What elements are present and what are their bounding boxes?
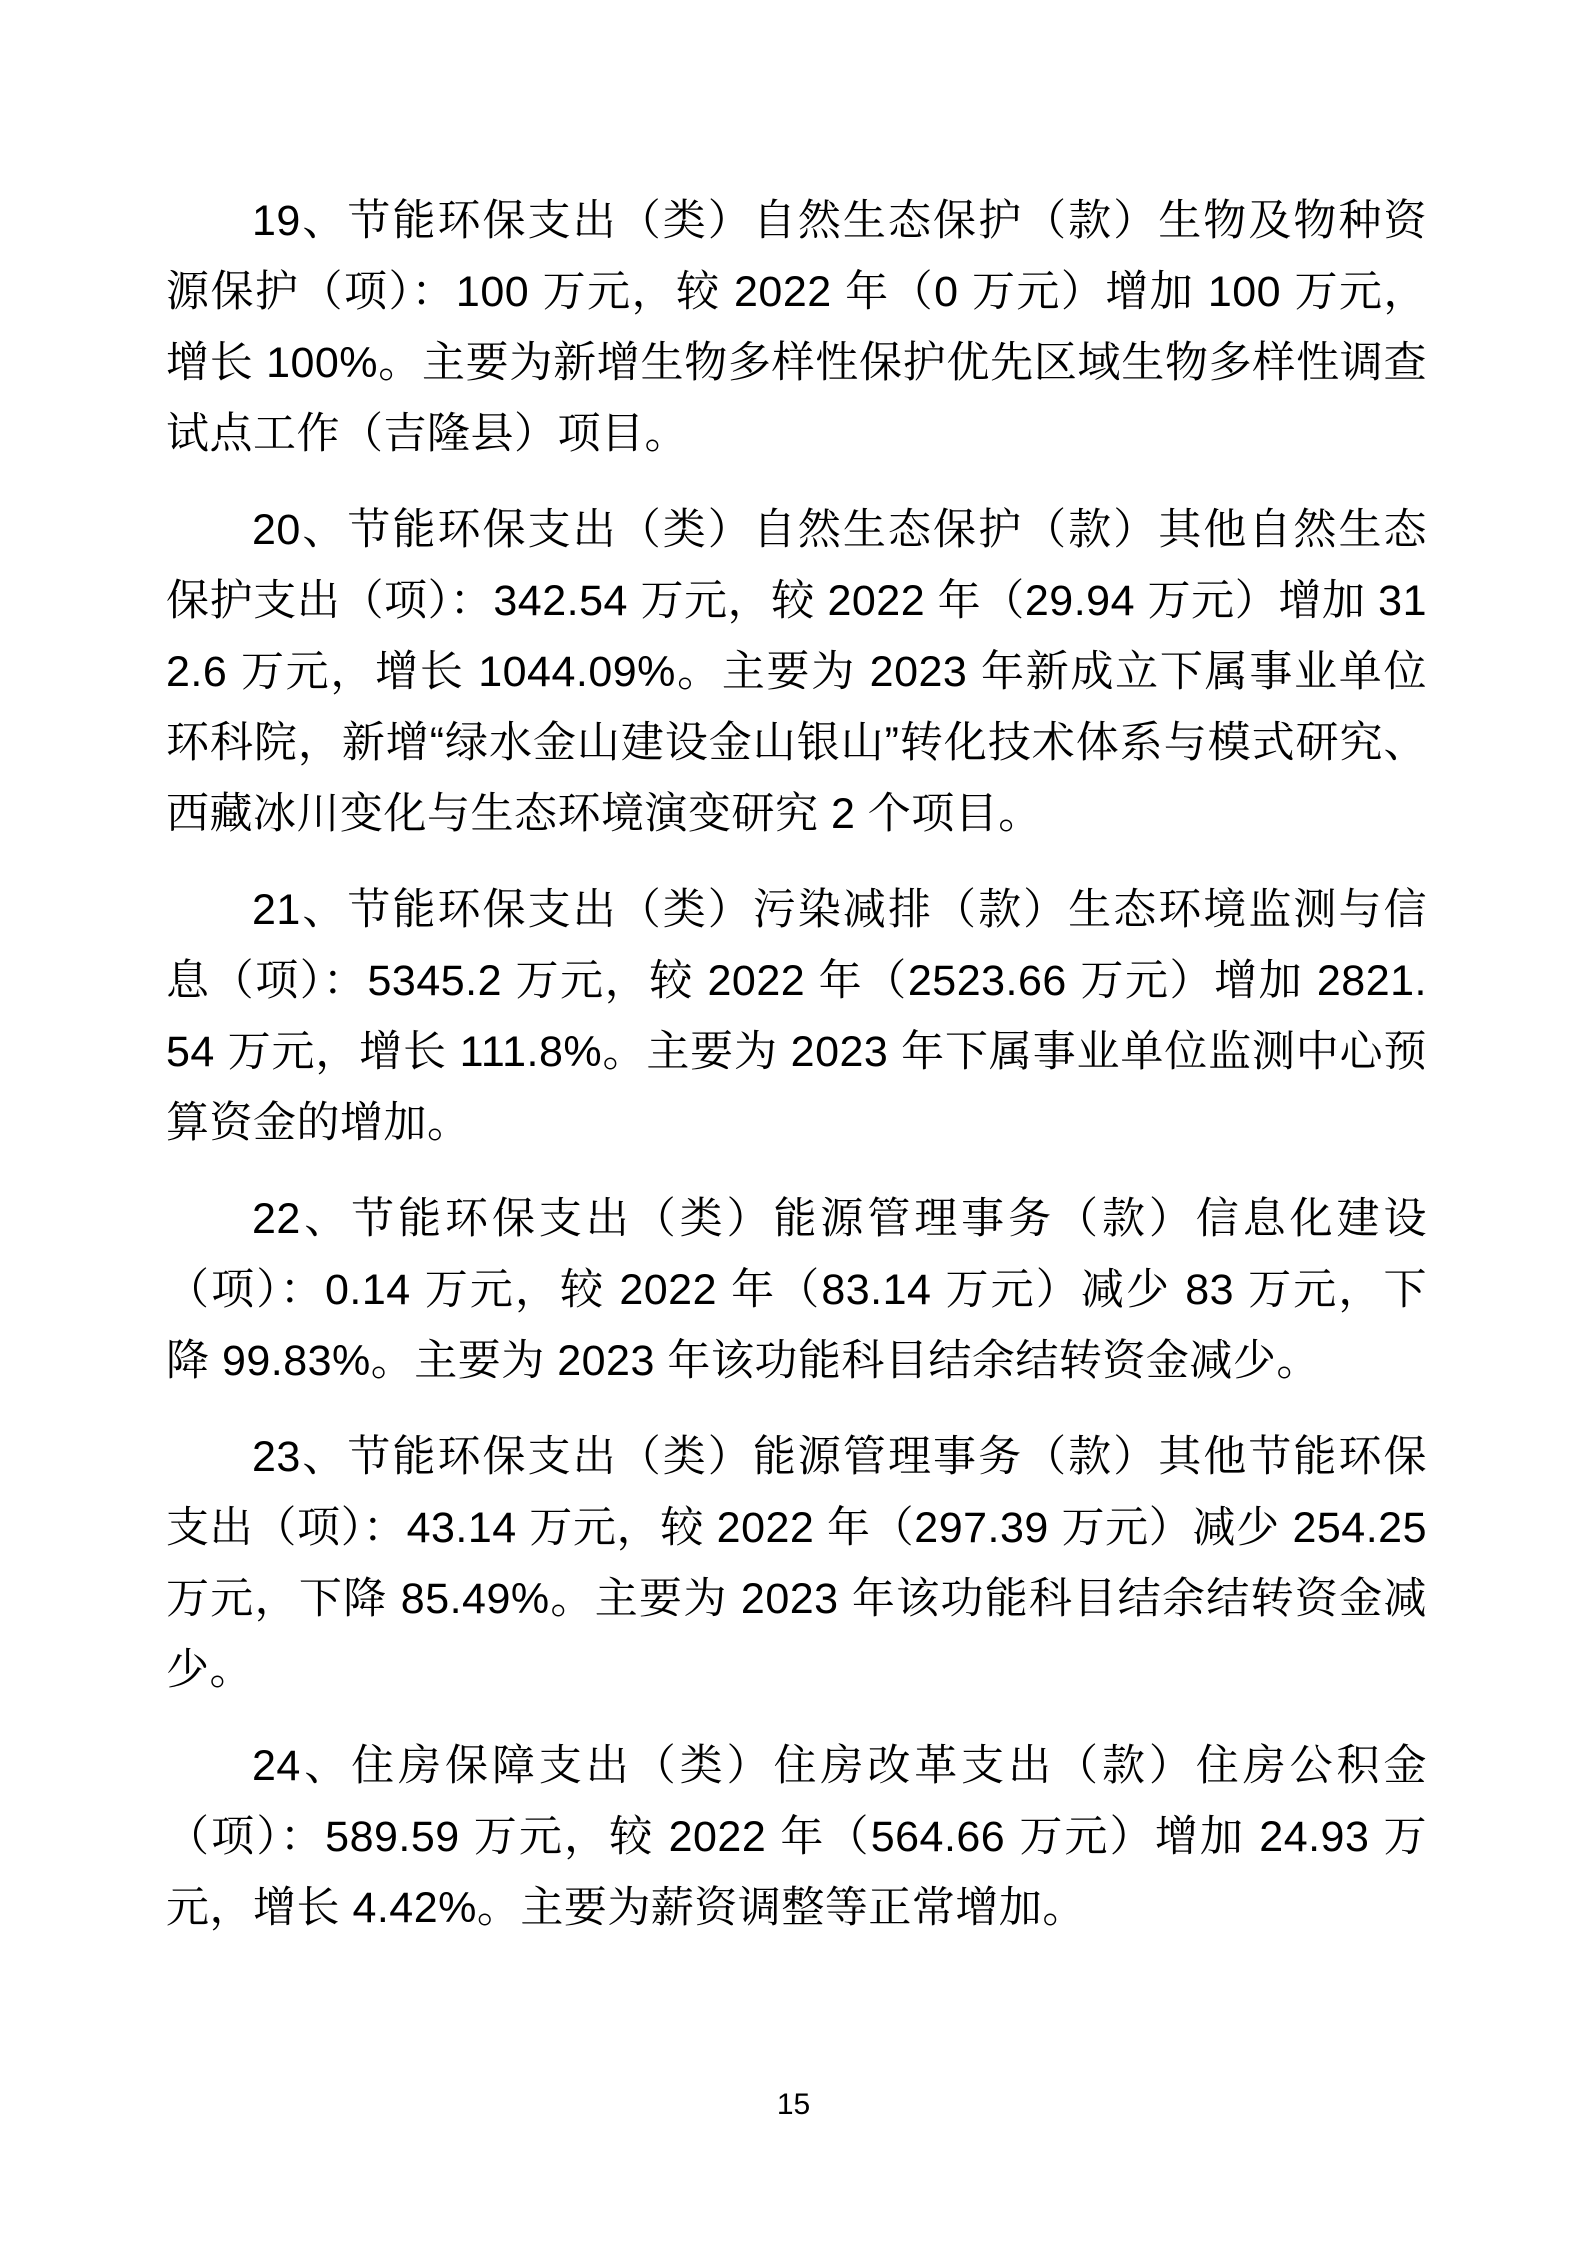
document-page: 19、节能环保支出（类）自然生态保护（款）生物及物种资源保护（项）：100 万元… — [0, 0, 1587, 2245]
paragraph-item-24: 24、住房保障支出（类）住房改革支出（款）住房公积金（项）：589.59 万元，… — [166, 1731, 1427, 1944]
paragraph-item-22: 22、节能环保支出（类）能源管理事务（款）信息化建设（项）：0.14 万元，较 … — [166, 1184, 1427, 1397]
paragraph-item-23: 23、节能环保支出（类）能源管理事务（款）其他节能环保支出（项）：43.14 万… — [166, 1422, 1427, 1706]
paragraph-item-20: 20、节能环保支出（类）自然生态保护（款）其他自然生态保护支出（项）：342.5… — [166, 495, 1427, 850]
page-number: 15 — [0, 2088, 1587, 2122]
paragraph-item-21: 21、节能环保支出（类）污染减排（款）生态环境监测与信息（项）：5345.2 万… — [166, 875, 1427, 1159]
paragraph-item-19: 19、节能环保支出（类）自然生态保护（款）生物及物种资源保护（项）：100 万元… — [166, 186, 1427, 470]
document-body: 19、节能环保支出（类）自然生态保护（款）生物及物种资源保护（项）：100 万元… — [0, 0, 1587, 1944]
